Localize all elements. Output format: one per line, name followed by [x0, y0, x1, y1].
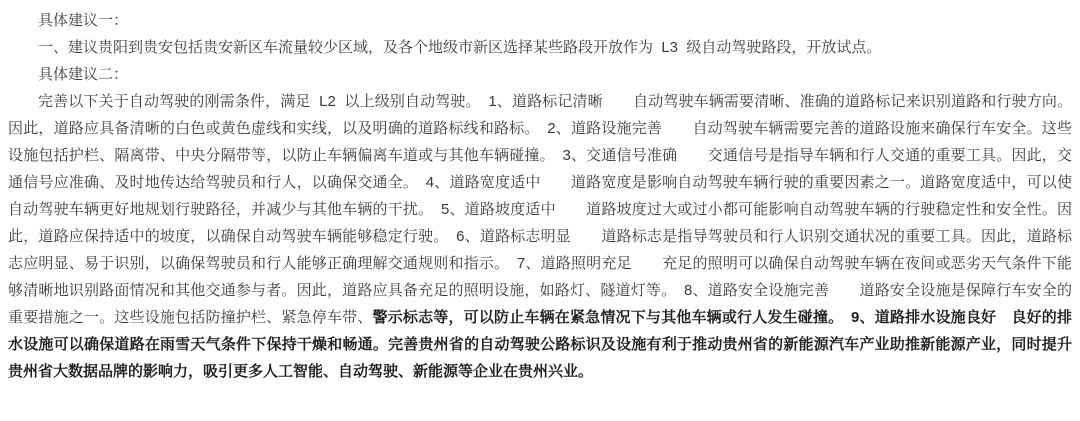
heading-suggestion-1: 具体建议一： [8, 7, 1072, 34]
text-run: 具体建议一： [38, 12, 128, 29]
heading-suggestion-2: 具体建议二： [8, 61, 1072, 88]
suggestion-1-body: 一、建议贵阳到贵安包括贵安新区车流量较少区域，及各个地级市新区选择某些路段开放作… [8, 34, 1072, 61]
document-body: 具体建议一：一、建议贵阳到贵安包括贵安新区车流量较少区域，及各个地级市新区选择某… [0, 0, 1080, 421]
text-run: 一、建议贵阳到贵安包括贵安新区车流量较少区域，及各个地级市新区选择某些路段开放作… [38, 39, 881, 56]
text-run: 具体建议二： [38, 66, 128, 83]
text-run: 完善以下关于自动驾驶的刚需条件，满足 L2 以上级别自动驾驶。 1、道路标记清晰… [8, 93, 1072, 326]
suggestion-2-body: 完善以下关于自动驾驶的刚需条件，满足 L2 以上级别自动驾驶。 1、道路标记清晰… [8, 88, 1072, 385]
